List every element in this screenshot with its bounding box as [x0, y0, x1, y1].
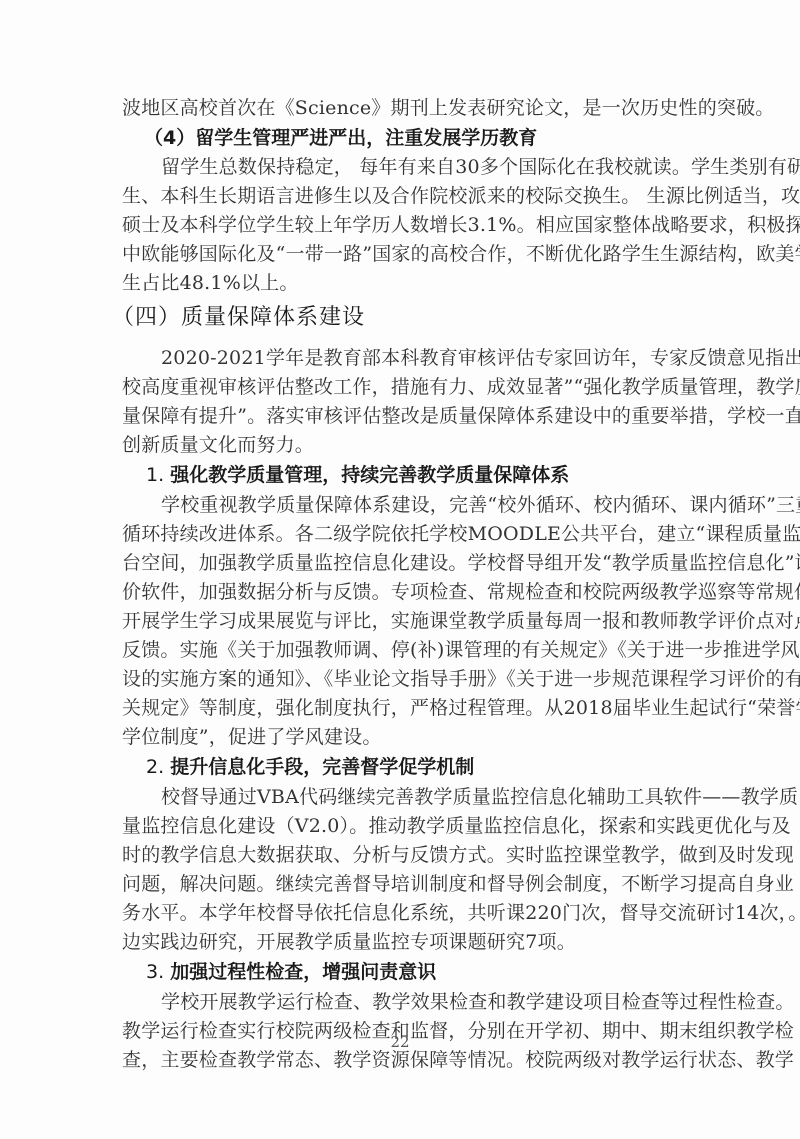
document-page: 波地区高校首次在《Science》期刊上发表研究论文，是一次历史性的突破。 （4…: [0, 0, 800, 1139]
paragraph-line: 中欧能够国际化及“一带一路”国家的高校合作，不断优化路学生生源结构，欧美学: [122, 240, 682, 269]
paragraph-line: 波地区高校首次在《Science》期刊上发表研究论文，是一次历史性的突破。: [122, 94, 682, 123]
paragraph-line: 学校开展教学运行检查、教学效果检查和教学建设项目检查等过程性检查。: [122, 988, 682, 1017]
subheading-international-students: （4）留学生管理严进严出，注重发展学历教育: [122, 123, 682, 153]
paragraph-line: 留学生总数保持稳定， 每年有来自30多个国际化在我校就读。学生类别有研究: [122, 153, 682, 182]
paragraph-international-students: 留学生总数保持稳定， 每年有来自30多个国际化在我校就读。学生类别有研究 生、本…: [122, 153, 682, 298]
paragraph-line: 问题，解决问题。继续完善督导培训制度和督导例会制度，不断学习提高自身业: [122, 870, 682, 899]
paragraph-line: 硕士及本科学位学生较上年学历人数增长3.1%。相应国家整体战略要求，积极探索与: [122, 211, 682, 240]
paragraph-process-inspection: 学校开展教学运行检查、教学效果检查和教学建设项目检查等过程性检查。 教学运行检查…: [122, 988, 682, 1075]
paragraph-line: 学位制度”，促进了学风建设。: [122, 723, 682, 752]
paragraph-line: 学校重视教学质量保障体系建设，完善“校外循环、校内循环、课内循环”三重: [122, 491, 682, 520]
paragraph-line: 反馈。实施《关于加强教师调、停(补)课管理的有关规定》《关于进一步推进学风建: [122, 636, 682, 665]
heading-number: 3.: [146, 961, 164, 983]
heading-text: 提升信息化手段，完善督学促学机制: [170, 756, 474, 778]
paragraph-line: 边实践边研究，开展教学质量监控专项课题研究7项。: [122, 928, 682, 957]
paragraph-informatization: 校督导通过VBA代码继续完善教学质量监控信息化辅助工具软件——教学质 量监控信息…: [122, 783, 682, 957]
page-content: 波地区高校首次在《Science》期刊上发表研究论文，是一次历史性的突破。 （4…: [122, 94, 682, 1075]
paragraph-line: 生、本科生长期语言进修生以及合作院校派来的校际交换生。 生源比例适当，攻读: [122, 182, 682, 211]
heading-number: 2.: [146, 756, 164, 778]
paragraph-line: 时的教学信息大数据获取、分析与反馈方式。实时监控课堂教学，做到及时发现: [122, 841, 682, 870]
heading-text: 强化教学质量管理，持续完善教学质量保障体系: [170, 464, 569, 486]
paragraph-line: 开展学生学习成果展览与评比，实施课堂教学质量每周一报和教师教学评价点对点: [122, 607, 682, 636]
numbered-heading-1: 1. 强化教学质量管理，持续完善教学质量保障体系: [122, 460, 682, 491]
paragraph-line: 2020-2021学年是教育部本科教育审核评估专家回访年，专家反馈意见指出“学: [122, 344, 682, 373]
page-number: 22: [0, 1033, 800, 1051]
paragraph-line: 校督导通过VBA代码继续完善教学质量监控信息化辅助工具软件——教学质: [122, 783, 682, 812]
paragraph-line: 校高度重视审核评估整改工作，措施有力、成效显著”“强化教学质量管理，教学质: [122, 373, 682, 402]
paragraph-line: 设的实施方案的通知》、《毕业论文指导手册》《关于进一步规范课程学习评价的有: [122, 665, 682, 694]
paragraph-line: 循环持续改进体系。各二级学院依托学校MOODLE公共平台，建立“课程质量监控”平: [122, 520, 682, 549]
paragraph-line: 务水平。本学年校督导依托信息化系统，共听课220门次，督导交流研讨14次，。: [122, 899, 682, 928]
heading-text: 加强过程性检查，增强问责意识: [170, 961, 436, 983]
paragraph-line: 关规定》等制度，强化制度执行，严格过程管理。从2018届毕业生起试行“荣誉学士: [122, 694, 682, 723]
numbered-heading-3: 3. 加强过程性检查，增强问责意识: [122, 957, 682, 988]
paragraph-line: 生占比48.1%以上。: [122, 269, 682, 298]
paragraph-line: 创新质量文化而努力。: [122, 431, 682, 460]
paragraph-line: 量监控信息化建设（V2.0）。推动教学质量监控信息化，探索和实践更优化与及: [122, 812, 682, 841]
paragraph-quality-intro: 2020-2021学年是教育部本科教育审核评估专家回访年，专家反馈意见指出“学 …: [122, 344, 682, 460]
section-heading-quality-assurance: （四）质量保障体系建设: [112, 298, 682, 338]
paragraph-line: 台空间，加强教学质量监控信息化建设。学校督导组开发“教学质量监控信息化”评: [122, 549, 682, 578]
paragraph-line: 价软件，加强数据分析与反馈。专项检查、常规检查和校院两级教学巡察等常规化，: [122, 578, 682, 607]
paragraph-quality-management: 学校重视教学质量保障体系建设，完善“校外循环、校内循环、课内循环”三重 循环持续…: [122, 491, 682, 752]
heading-number: 1.: [146, 464, 164, 486]
paragraph-line: 量保障有提升”。落实审核评估整改是质量保障体系建设中的重要举措，学校一直为: [122, 402, 682, 431]
numbered-heading-2: 2. 提升信息化手段，完善督学促学机制: [122, 752, 682, 783]
